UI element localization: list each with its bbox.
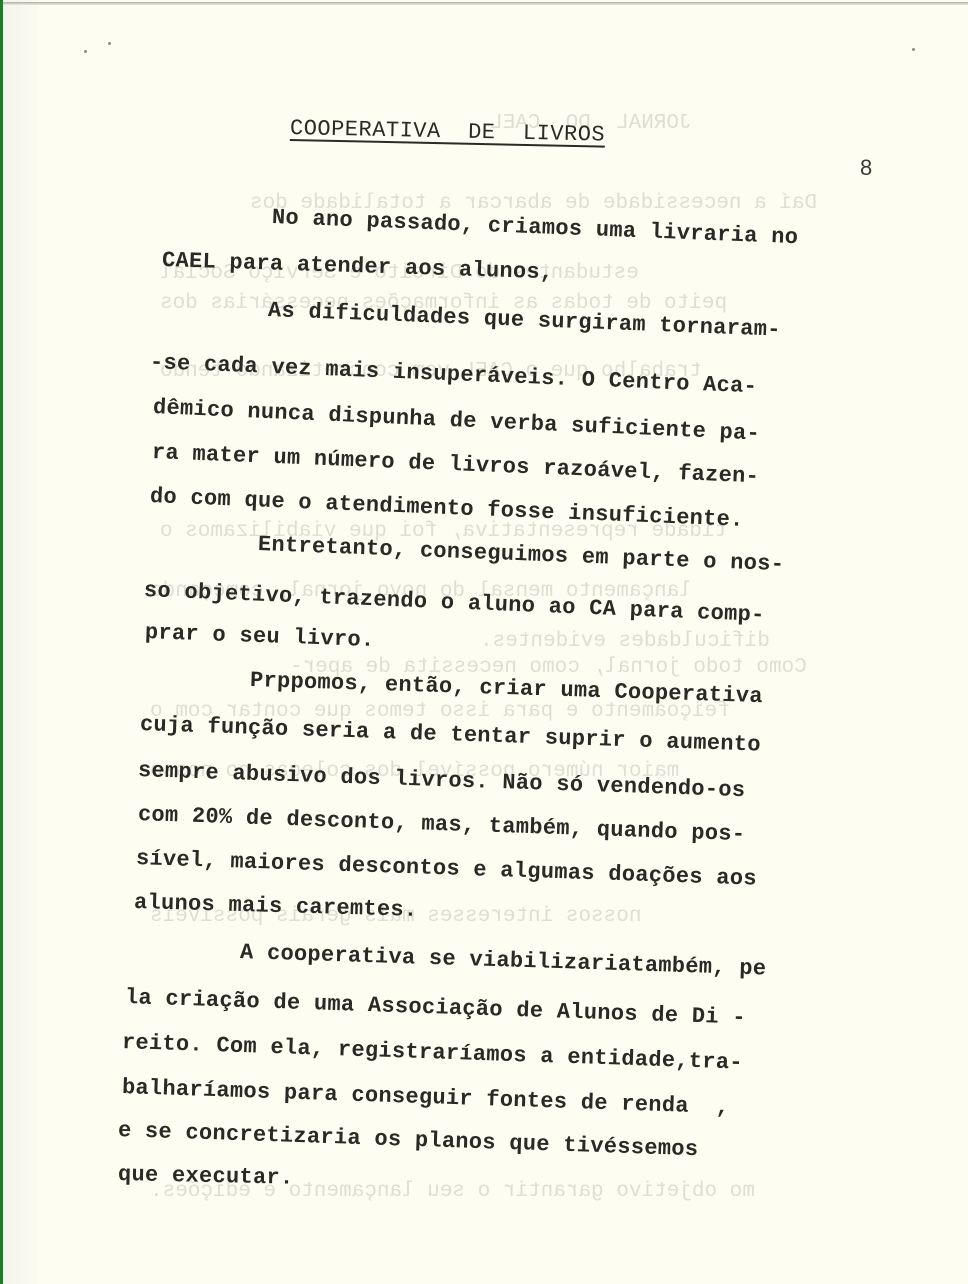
- page-number: 8: [860, 155, 872, 181]
- document-page: JORNAL DO CAEL Daí a necessidade de abar…: [0, 0, 968, 1284]
- body-line: ra mater um número de livros razoável, f…: [151, 440, 759, 489]
- body-line: la criação de uma Associação de Alunos d…: [125, 985, 747, 1031]
- scan-speck: [912, 48, 915, 51]
- body-line: sível, maiores descontos e algumas doaçõ…: [136, 846, 758, 892]
- body-line: balharíamos para conseguir fontes de ren…: [122, 1075, 730, 1120]
- scan-speck: [108, 42, 111, 45]
- body-line: com 20% de desconto, mas, também, quando…: [138, 802, 746, 847]
- document-title: COOPERATIVA DE LIVROS: [290, 116, 606, 148]
- body-line: reito. Com ela, registraríamos a entidad…: [122, 1030, 744, 1076]
- body-line: -se cada vez mais insuperáveis. O Centro…: [149, 350, 757, 399]
- body-line: prar o seu livro.: [145, 620, 375, 653]
- body-line: e se concretizaria os planos que tivésse…: [118, 1118, 699, 1162]
- body-line: que executar.: [118, 1162, 294, 1191]
- scan-speck: [84, 50, 87, 53]
- bleed-through-line: dificuldades evidentes.: [480, 630, 770, 653]
- body-line: dêmico nunca dispunha de verba suficient…: [152, 395, 760, 446]
- body-line: A cooperativa se viabilizariatambém, pe: [240, 940, 767, 982]
